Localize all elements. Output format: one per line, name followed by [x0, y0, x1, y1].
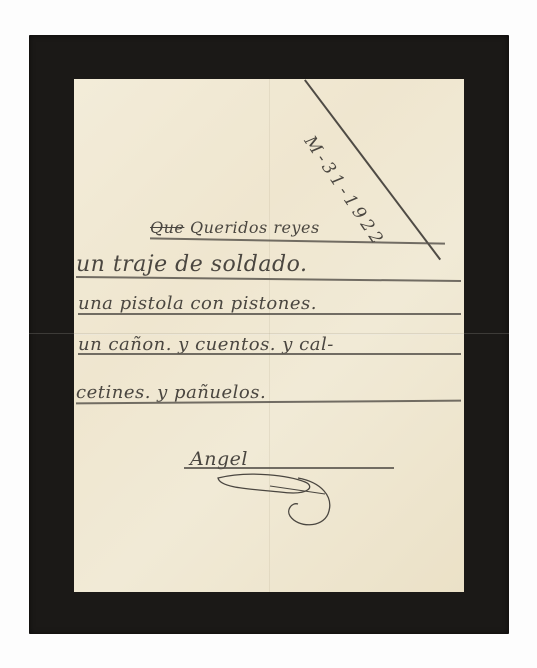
line-3-underline	[78, 353, 461, 355]
signature-underline	[184, 467, 394, 469]
struck-word: Que	[150, 218, 184, 237]
letter-line-1: un traje de soldado.	[76, 252, 307, 277]
letter-greeting: Que Queridos reyes	[150, 218, 320, 237]
signature-flourish-icon	[210, 472, 350, 532]
letter-line-3: un cañon. y cuentos. y cal-	[78, 334, 334, 355]
letter-line-2: una pistola con pistones.	[78, 293, 317, 314]
letter-line-4: cetines. y pañuelos.	[76, 382, 266, 403]
line-2-underline	[78, 313, 461, 315]
greeting-text: Queridos reyes	[190, 218, 320, 237]
